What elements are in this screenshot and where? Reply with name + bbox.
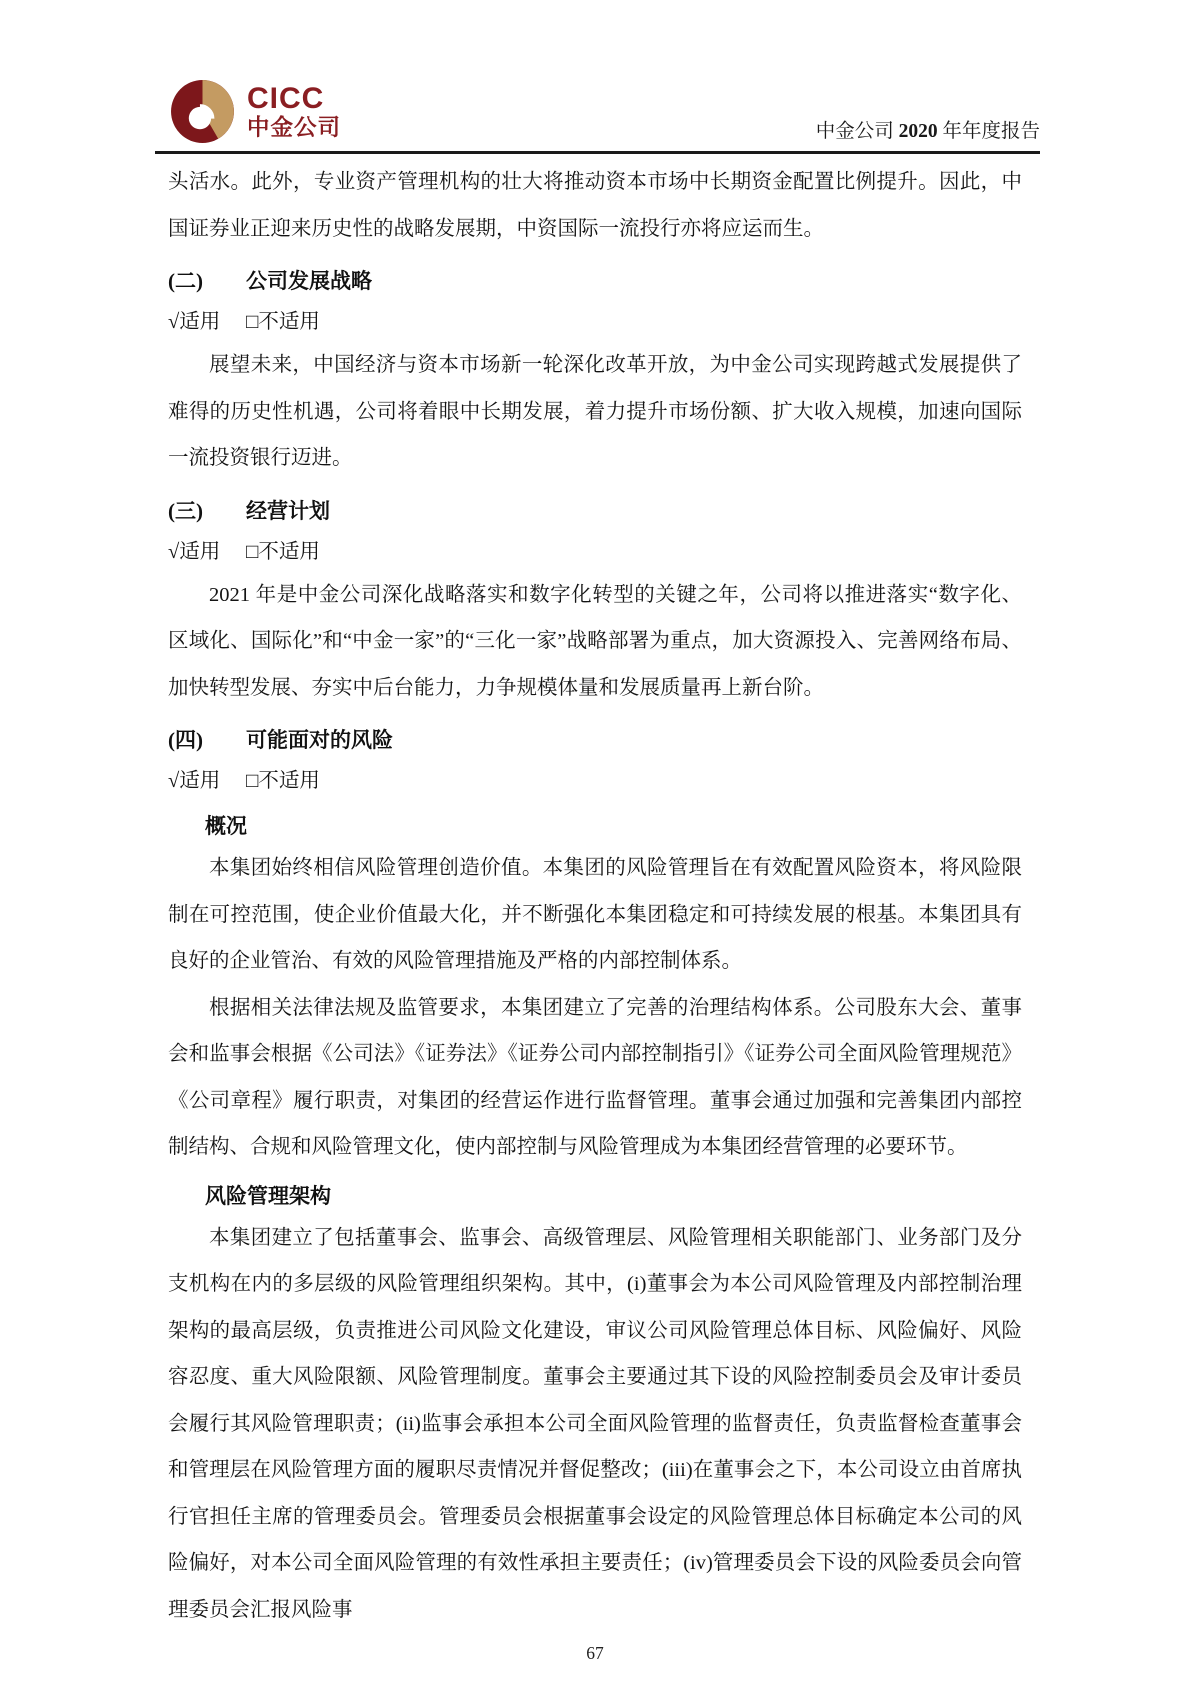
report-title-year: 2020 — [899, 121, 938, 142]
applicability-line: √适用□不适用 — [168, 302, 1022, 342]
subsection-heading-overview: 概况 — [205, 807, 1022, 845]
page-header: CICC 中金公司 中金公司 2020 年年度报告 — [155, 0, 1040, 154]
section-number: (二) — [168, 262, 246, 300]
not-applicable-unchecked: □不适用 — [246, 541, 320, 563]
subsection-heading-risk-structure: 风险管理架构 — [205, 1177, 1022, 1215]
section-title: 可能面对的风险 — [246, 728, 393, 752]
section-paragraph: 2021 年是中金公司深化战略落实和数字化转型的关键之年，公司将以推进落实“数字… — [168, 572, 1022, 712]
section-heading-2: (二)公司发展战略 — [168, 262, 1022, 300]
section-number: (三) — [168, 492, 246, 530]
report-page: CICC 中金公司 中金公司 2020 年年度报告 头活水。此外，专业资产管理机… — [0, 0, 1190, 1683]
subsection-paragraph: 本集团始终相信风险管理创造价值。本集团的风险管理旨在有效配置风险资本，将风险限制… — [168, 845, 1022, 985]
not-applicable-unchecked: □不适用 — [246, 311, 320, 333]
cicc-logo-text: CICC 中金公司 — [247, 84, 341, 140]
cicc-logo-icon — [169, 78, 236, 145]
section-heading-4: (四)可能面对的风险 — [168, 721, 1022, 759]
continuation-paragraph: 头活水。此外，专业资产管理机构的壮大将推动资本市场中长期资金配置比例提升。因此，… — [168, 159, 1022, 252]
logo-chinese-text: 中金公司 — [247, 117, 341, 140]
page-number: 67 — [586, 1643, 604, 1663]
subsection-paragraph: 根据相关法律法规及监管要求，本集团建立了完善的治理结构体系。公司股东大会、董事会… — [168, 985, 1022, 1171]
applicability-line: √适用□不适用 — [168, 532, 1022, 572]
subsection-paragraph: 本集团建立了包括董事会、监事会、高级管理层、风险管理相关职能部门、业务部门及分支… — [168, 1215, 1022, 1634]
section-number: (四) — [168, 721, 246, 759]
applicable-checked: √适用 — [168, 302, 246, 342]
applicable-checked: √适用 — [168, 532, 246, 572]
applicability-line: √适用□不适用 — [168, 761, 1022, 801]
report-title-prefix: 中金公司 — [816, 121, 899, 142]
document-body: 头活水。此外，专业资产管理机构的壮大将推动资本市场中长期资金配置比例提升。因此，… — [168, 154, 1022, 1633]
section-title: 公司发展战略 — [246, 269, 372, 293]
applicable-checked: √适用 — [168, 761, 246, 801]
cicc-logo: CICC 中金公司 — [169, 78, 341, 145]
section-paragraph: 展望未来，中国经济与资本市场新一轮深化改革开放，为中金公司实现跨越式发展提供了难… — [168, 342, 1022, 482]
section-heading-3: (三)经营计划 — [168, 492, 1022, 530]
page-footer: 67 — [168, 1638, 1022, 1668]
not-applicable-unchecked: □不适用 — [246, 770, 320, 792]
report-title: 中金公司 2020 年年度报告 — [816, 115, 1040, 145]
section-title: 经营计划 — [246, 499, 330, 523]
logo-latin-text: CICC — [247, 84, 341, 114]
report-title-suffix: 年年度报告 — [938, 121, 1040, 142]
